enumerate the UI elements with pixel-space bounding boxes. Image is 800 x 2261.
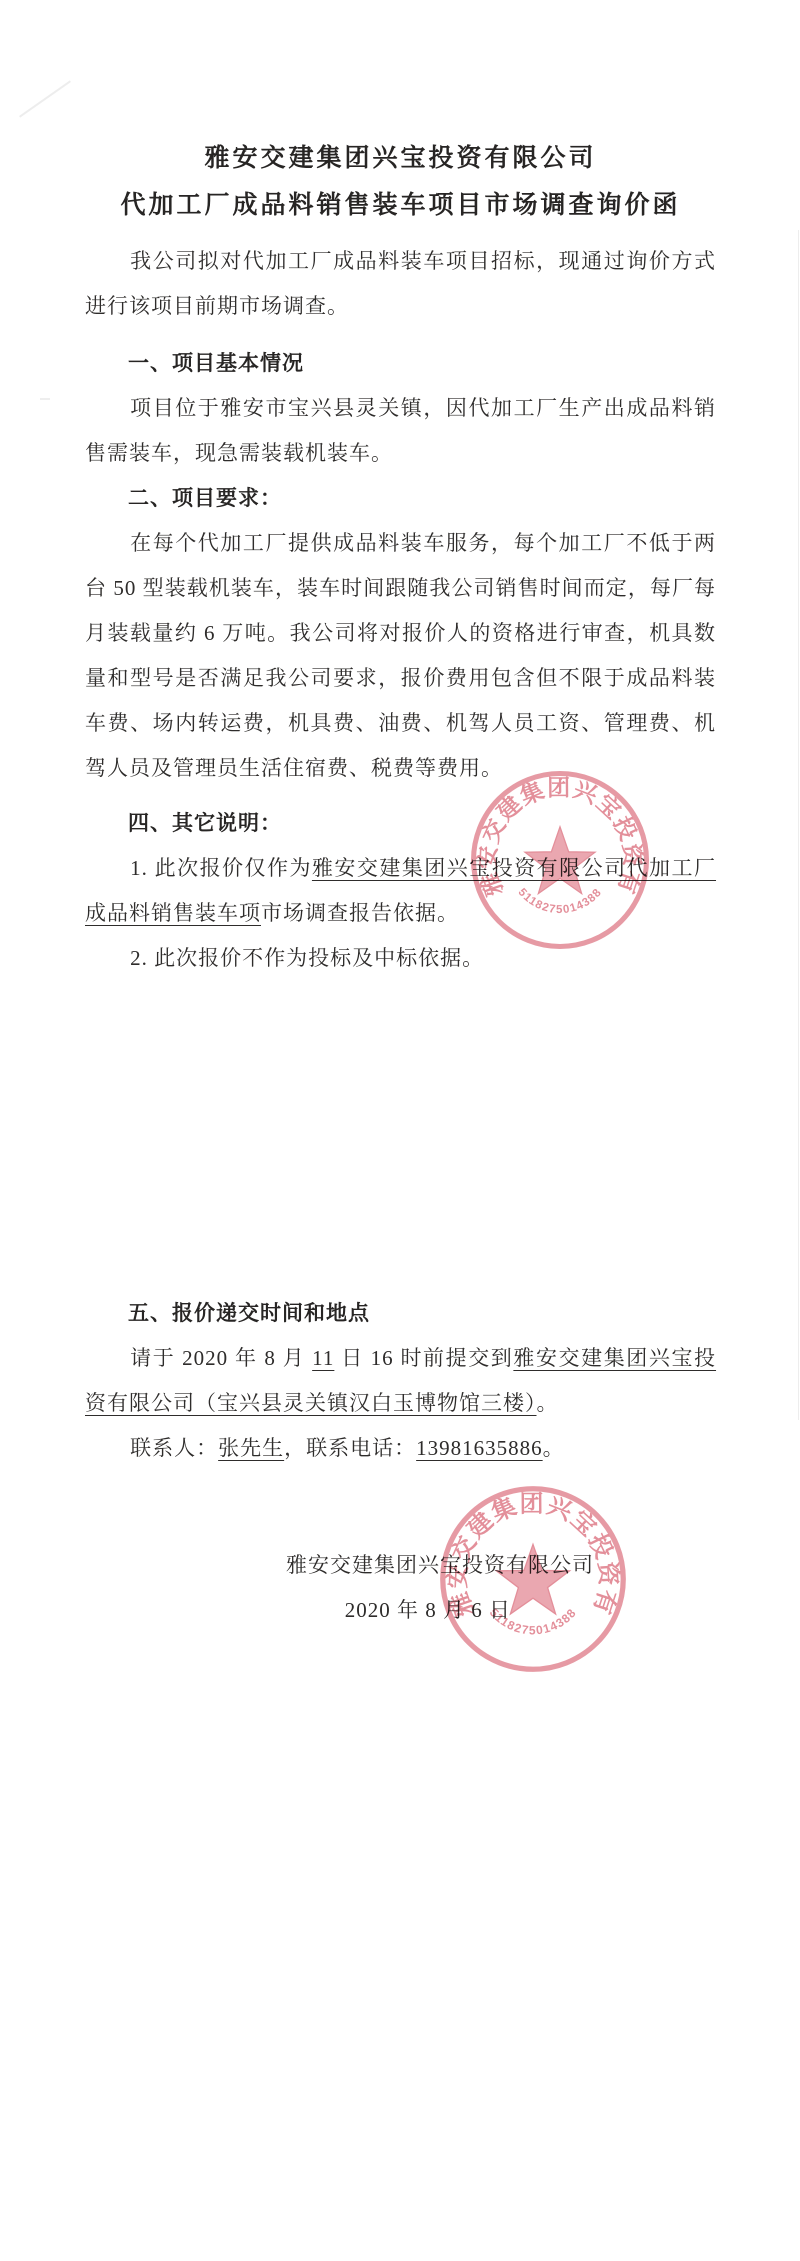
section-4-item-2: 2. 此次报价不作为投标及中标依据。 <box>85 936 716 981</box>
section-4-heading: 四、其它说明： <box>85 801 716 846</box>
doc-title-line1: 雅安交建集团兴宝投资有限公司 <box>85 135 716 182</box>
doc-title-line2: 代加工厂成品料销售装车项目市场调查询价函 <box>85 182 716 229</box>
section-5-paragraph: 请于 2020 年 8 月 11 日 16 时前提交到雅安交建集团兴宝投资有限公… <box>85 1336 716 1426</box>
document-body: 雅安交建集团兴宝投资有限公司 代加工厂成品料销售装车项目市场调查询价函 我公司拟… <box>85 0 716 1633</box>
contact-line: 联系人：张先生，联系电话：13981635886。 <box>85 1426 716 1471</box>
signature-company: 雅安交建集团兴宝投资有限公司 <box>85 1543 716 1588</box>
section-2-paragraph: 在每个代加工厂提供成品料装车服务，每个加工厂不低于两台 50 型装载机装车，装车… <box>85 521 716 791</box>
section-4-item-1: 1. 此次报价仅作为雅安交建集团兴宝投资有限公司代加工厂成品料销售装车项市场调查… <box>85 846 716 936</box>
scan-artifact-diagonal <box>19 80 71 117</box>
scan-artifact-edge <box>798 230 799 1420</box>
signature-date: 2020 年 8 月 6 日 <box>85 1588 716 1633</box>
scan-artifact-dash <box>40 398 50 400</box>
intro-paragraph: 我公司拟对代加工厂成品料装车项目招标，现通过询价方式进行该项目前期市场调查。 <box>85 239 716 329</box>
section-1-heading: 一、项目基本情况 <box>85 341 716 386</box>
section-5-heading: 五、报价递交时间和地点 <box>85 1291 716 1336</box>
page: { "document": { "title_line1": "雅安交建集团兴宝… <box>0 0 800 2261</box>
section-1-paragraph: 项目位于雅安市宝兴县灵关镇，因代加工厂生产出成品料销售需装车，现急需装载机装车。 <box>85 386 716 476</box>
section-2-heading: 二、项目要求： <box>85 476 716 521</box>
